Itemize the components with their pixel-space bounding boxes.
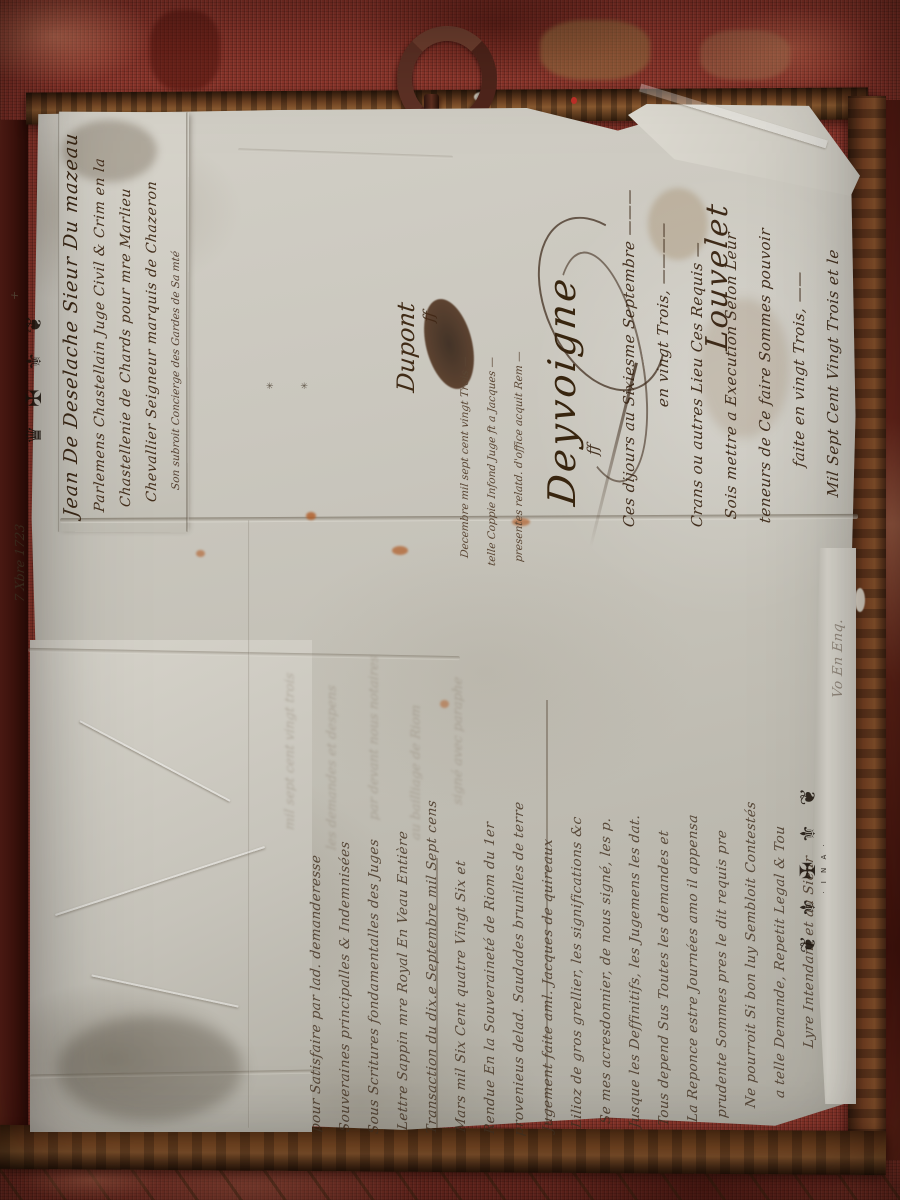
signature-clerk-block: Louvelet	[700, 180, 790, 350]
body-line: Tous depend Sus Toutes les demandes et	[650, 576, 679, 1128]
body-line: Vo En Enq.	[824, 566, 853, 700]
body-line: Se mes acresdonnier, de nous signé, les …	[592, 602, 621, 1126]
heading-line: Parlemens Chastellain Juge Civil & Crim …	[92, 111, 108, 513]
body-line: Ne pourroit Si bon luy Sembloit Contesté…	[737, 586, 766, 1110]
docket-block: Decembre mil sept cent vingt Trois — tel…	[452, 180, 542, 570]
tapestry-motif	[540, 20, 650, 80]
cross-mark: +	[8, 275, 21, 301]
signature-witness: Dupont	[392, 190, 420, 393]
worm-holes: ✳ ✳	[266, 382, 320, 392]
tapestry-motif	[700, 30, 790, 80]
paint-chip	[855, 588, 865, 612]
body-line: Jugement faite aml. Jacques de quireaux	[534, 670, 563, 1134]
signature-clerk: Louvelet	[700, 178, 735, 352]
heading-line: Chevallier Seigneur marquis de Chazeron	[144, 111, 160, 503]
rust-stain	[306, 512, 316, 520]
fleur-de-lis-stamp-icon: ♛ ✠ ⚜ ❦	[22, 272, 46, 482]
body-line: Transaction du dix.e Septembre mil Sept …	[418, 802, 447, 1136]
fiscal-stamp-right: ❦ ⚜ ✠ ⚜ ❦ · I N A ·	[796, 775, 868, 960]
body-line: Mars mil Six Cent quatre Vingt Six et	[447, 710, 476, 1134]
body-line: Souveraines principalles & Indemnisées	[331, 852, 360, 1134]
body-line: Rendue En la Souveraineté de Riom du 1er	[476, 696, 505, 1136]
body-line: a telle Demande, Repetit Legal & Tou	[766, 596, 795, 1100]
body-line: Lilioz de gros grellier, les significati…	[563, 626, 592, 1130]
body-line: provenieus delad. Saudades brunilles de …	[505, 686, 534, 1138]
margin-date-block: 7 Xbre 1723	[12, 492, 38, 602]
body-text-block: pour Satisfaire par lad. demanderesse So…	[302, 548, 852, 1138]
rust-stain	[196, 550, 205, 557]
body-line: Sous Scritures fondamentalles des Juges	[360, 846, 389, 1136]
stamp-banner-letters: · I N A ·	[820, 775, 828, 960]
closing-line: Mil Sept Cent Vingt Trois et le	[816, 100, 850, 499]
heading-line: Jean De Deselache Sieur Du mazeau	[60, 111, 82, 519]
heading-line: Son subroit Concierge des Gardes de Sa m…	[170, 111, 182, 490]
docket-line: Decembre mil sept cent vingt Trois —	[452, 178, 479, 559]
heading-line: Chastellenie de Chards pour mre Marlieu	[118, 111, 134, 508]
docket-line: telle Coppie Infond Juge ft a Jacques —	[479, 178, 506, 567]
red-thread	[571, 97, 577, 104]
sheet-edge	[248, 520, 250, 1128]
tapestry-motif	[150, 10, 220, 90]
body-line: Jusque les Deffinitifs, les Jugemens les…	[621, 586, 650, 1130]
tapestry-right-band	[884, 100, 900, 1160]
body-line: pour Satisfaire par lad. demanderesse	[302, 860, 331, 1134]
body-line: prudente Sommes pres le dit requis pre	[708, 596, 737, 1120]
docket-line: presentes relatd. d'office acquit Rem —	[506, 178, 533, 563]
body-line: Lettre Sappin mre Royal En Veau Entière	[389, 828, 418, 1132]
heading-block: Jean De Deselache Sieur Du mazeau Parlem…	[60, 112, 210, 532]
body-line: La Reponce estre Journées amo il appensa	[679, 580, 708, 1124]
margin-date: 7 Xbre 1723	[12, 491, 27, 603]
photo-scene: ✳ ✳ + 7 Xbre 1723 ♛ ✠ ⚜ ❦ Jean De Desela…	[0, 0, 900, 1200]
grime-stain	[58, 1016, 243, 1121]
fleur-de-lis-stamp-icon: ❦ ⚜ ✠ ⚜ ❦	[796, 775, 820, 960]
